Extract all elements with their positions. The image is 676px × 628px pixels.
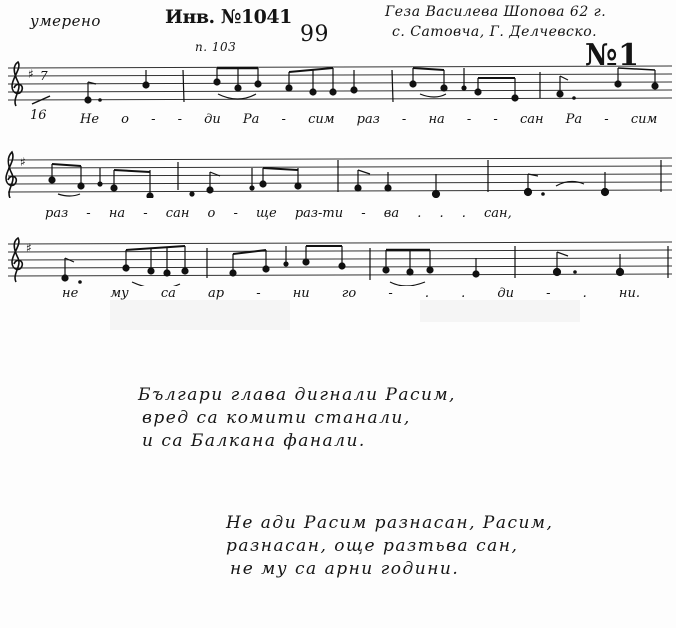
svg-text:♯: ♯ [26,241,32,255]
music-staff-2: ♯ [0,148,676,198]
svg-text:7: 7 [40,69,48,83]
stanza-1: Българи глава дигнали Расим, вред са ком… [138,384,456,453]
stanza-2-line-1: Не ади Расим разнасан, Расим, [226,512,553,535]
staff-1-notation: ♯ 7 [0,60,676,110]
informant-location: с. Сатовча, Г. Делчевско. [392,24,597,40]
stanza-1-line-2: вред са комити станали, [142,407,456,430]
archive-inventory-number: Инв. №1041 [165,6,292,28]
stanza-1-line-3: и са Балкана фанали. [142,430,456,453]
paper-stain [420,300,580,322]
lyric-line-1: Не о - - ди Ра - сим раз - на - - сан Ра… [80,112,657,127]
tempo-marking: умерено [30,12,101,30]
lyric-line-2: раз - на - сан о - ще раз-ти - ва . . . … [45,206,512,221]
staff-2-notation: ♯ [0,148,676,198]
time-signature-denominator: 16 [30,108,47,123]
page-number: 99 [300,22,329,47]
paper-stain [110,300,290,330]
svg-text:♯: ♯ [28,67,34,81]
stanza-2-line-3: не му са арни години. [230,558,553,581]
page-reference: п. 103 [195,40,236,54]
music-staff-1: ♯ 7 [0,60,676,110]
music-staff-3: ♯ [0,236,676,286]
stanza-2: Не ади Расим разнасан, Расим, разнасан, … [226,512,553,581]
informant-name: Геза Василева Шопова 62 г. [385,4,606,20]
stanza-1-line-1: Българи глава дигнали Расим, [138,384,456,407]
svg-text:♯: ♯ [20,155,26,169]
stanza-2-line-2: разнасан, още разтьва сан, [226,535,553,558]
staff-3-notation: ♯ [0,236,676,286]
manuscript-page: умерено Инв. №1041 п. 103 99 Геза Василе… [0,0,676,628]
lyric-line-3: не му са ар - ни го - . . ди - . ни. [62,286,640,301]
